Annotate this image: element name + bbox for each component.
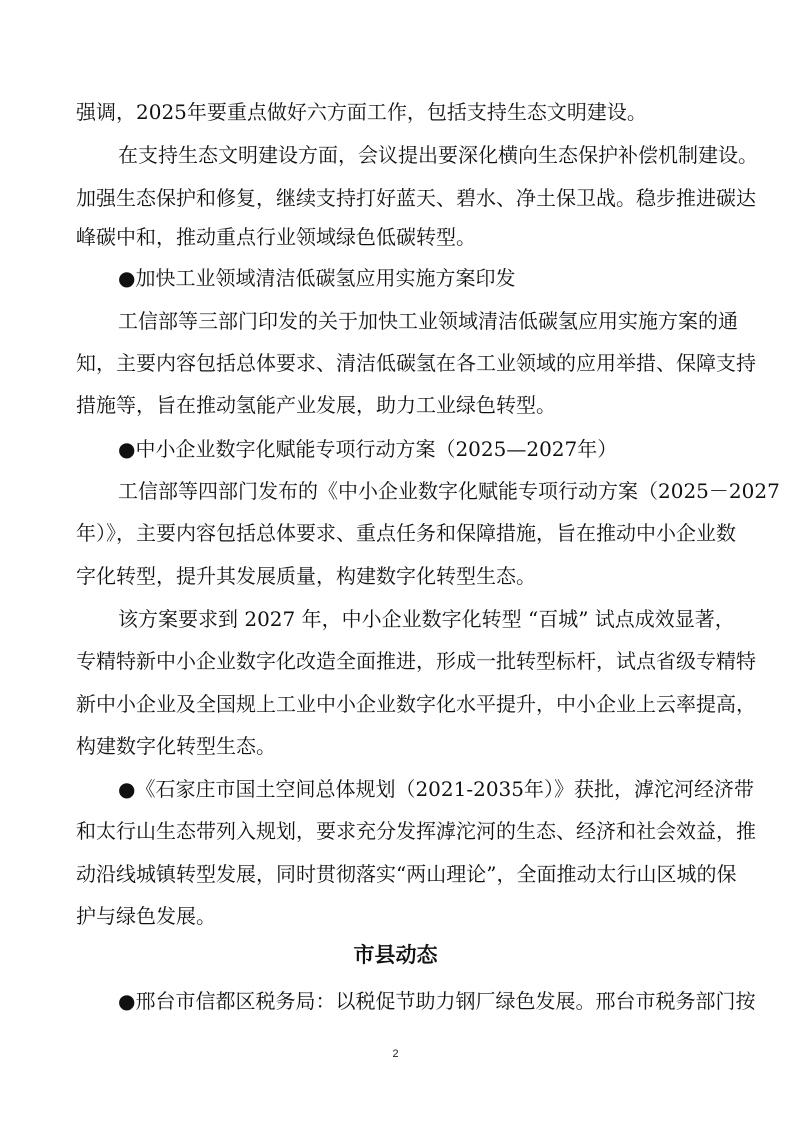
text-line: 年）》，主要内容包括总体要求、重点任务和保障措施，旨在推动中小企业数: [76, 519, 714, 547]
text-line: 知，主要内容包括总体要求、清洁低碳氢在各工业领域的应用举措、保障支持: [76, 349, 714, 377]
document-page: 强调，2025年要重点做好六方面工作，包括支持生态文明建设。 在支持生态文明建设…: [0, 0, 791, 1124]
text-line: 构建数字化转型生态。: [76, 732, 714, 760]
text-line: 和太行山生态带列入规划，要求充分发挥滹沱河的生态、经济和社会效益，推: [76, 817, 714, 845]
text-line: 工信部等三部门印发的关于加快工业领域清洁低碳氢应用实施方案的通: [118, 307, 714, 335]
text-line: 动沿线城镇转型发展，同时贯彻落实“两山理论”，全面推动太行山区城的保: [76, 860, 714, 888]
text-line: 措施等，旨在推动氢能产业发展，助力工业绿色转型。: [76, 391, 714, 419]
text-line: 在支持生态文明建设方面，会议提出要深化横向生态保护补偿机制建设。: [118, 141, 714, 169]
text-line: 工信部等四部门发布的《中小企业数字化赋能专项行动方案（2025－2027: [118, 477, 714, 505]
text-line: 强调，2025年要重点做好六方面工作，包括支持生态文明建设。: [76, 98, 714, 126]
text-line: 新中小企业及全国规上工业中小企业数字化水平提升，中小企业上云率提高，: [76, 690, 714, 718]
text-line: 峰碳中和，推动重点行业领域绿色低碳转型。: [76, 223, 714, 251]
bullet-paragraph: ●邢台市信都区税务局：以税促节助力钢厂绿色发展。邢台市税务部门按: [118, 987, 714, 1015]
text-line: 该方案要求到 2027 年，中小企业数字化转型 “百城” 试点成效显著，: [118, 605, 714, 633]
text-line: 加强生态保护和修复，继续支持打好蓝天、碧水、净土保卫战。稳步推进碳达: [76, 184, 714, 212]
bullet-heading: ●加快工业领域清洁低碳氢应用实施方案印发: [118, 264, 714, 292]
page-number: 2: [0, 1048, 791, 1060]
text-line: 字化转型，提升其发展质量，构建数字化转型生态。: [76, 562, 714, 590]
text-line: 护与绿色发展。: [76, 902, 714, 930]
section-heading: 市县动态: [0, 940, 791, 970]
text-line: 专精特新中小企业数字化改造全面推进，形成一批转型标杆，试点省级专精特: [76, 647, 714, 675]
bullet-heading: ●中小企业数字化赋能专项行动方案（2025—2027年）: [118, 435, 714, 463]
bullet-paragraph: ●《石家庄市国土空间总体规划（2021-2035年）》获批，滹沱河经济带: [118, 775, 714, 803]
